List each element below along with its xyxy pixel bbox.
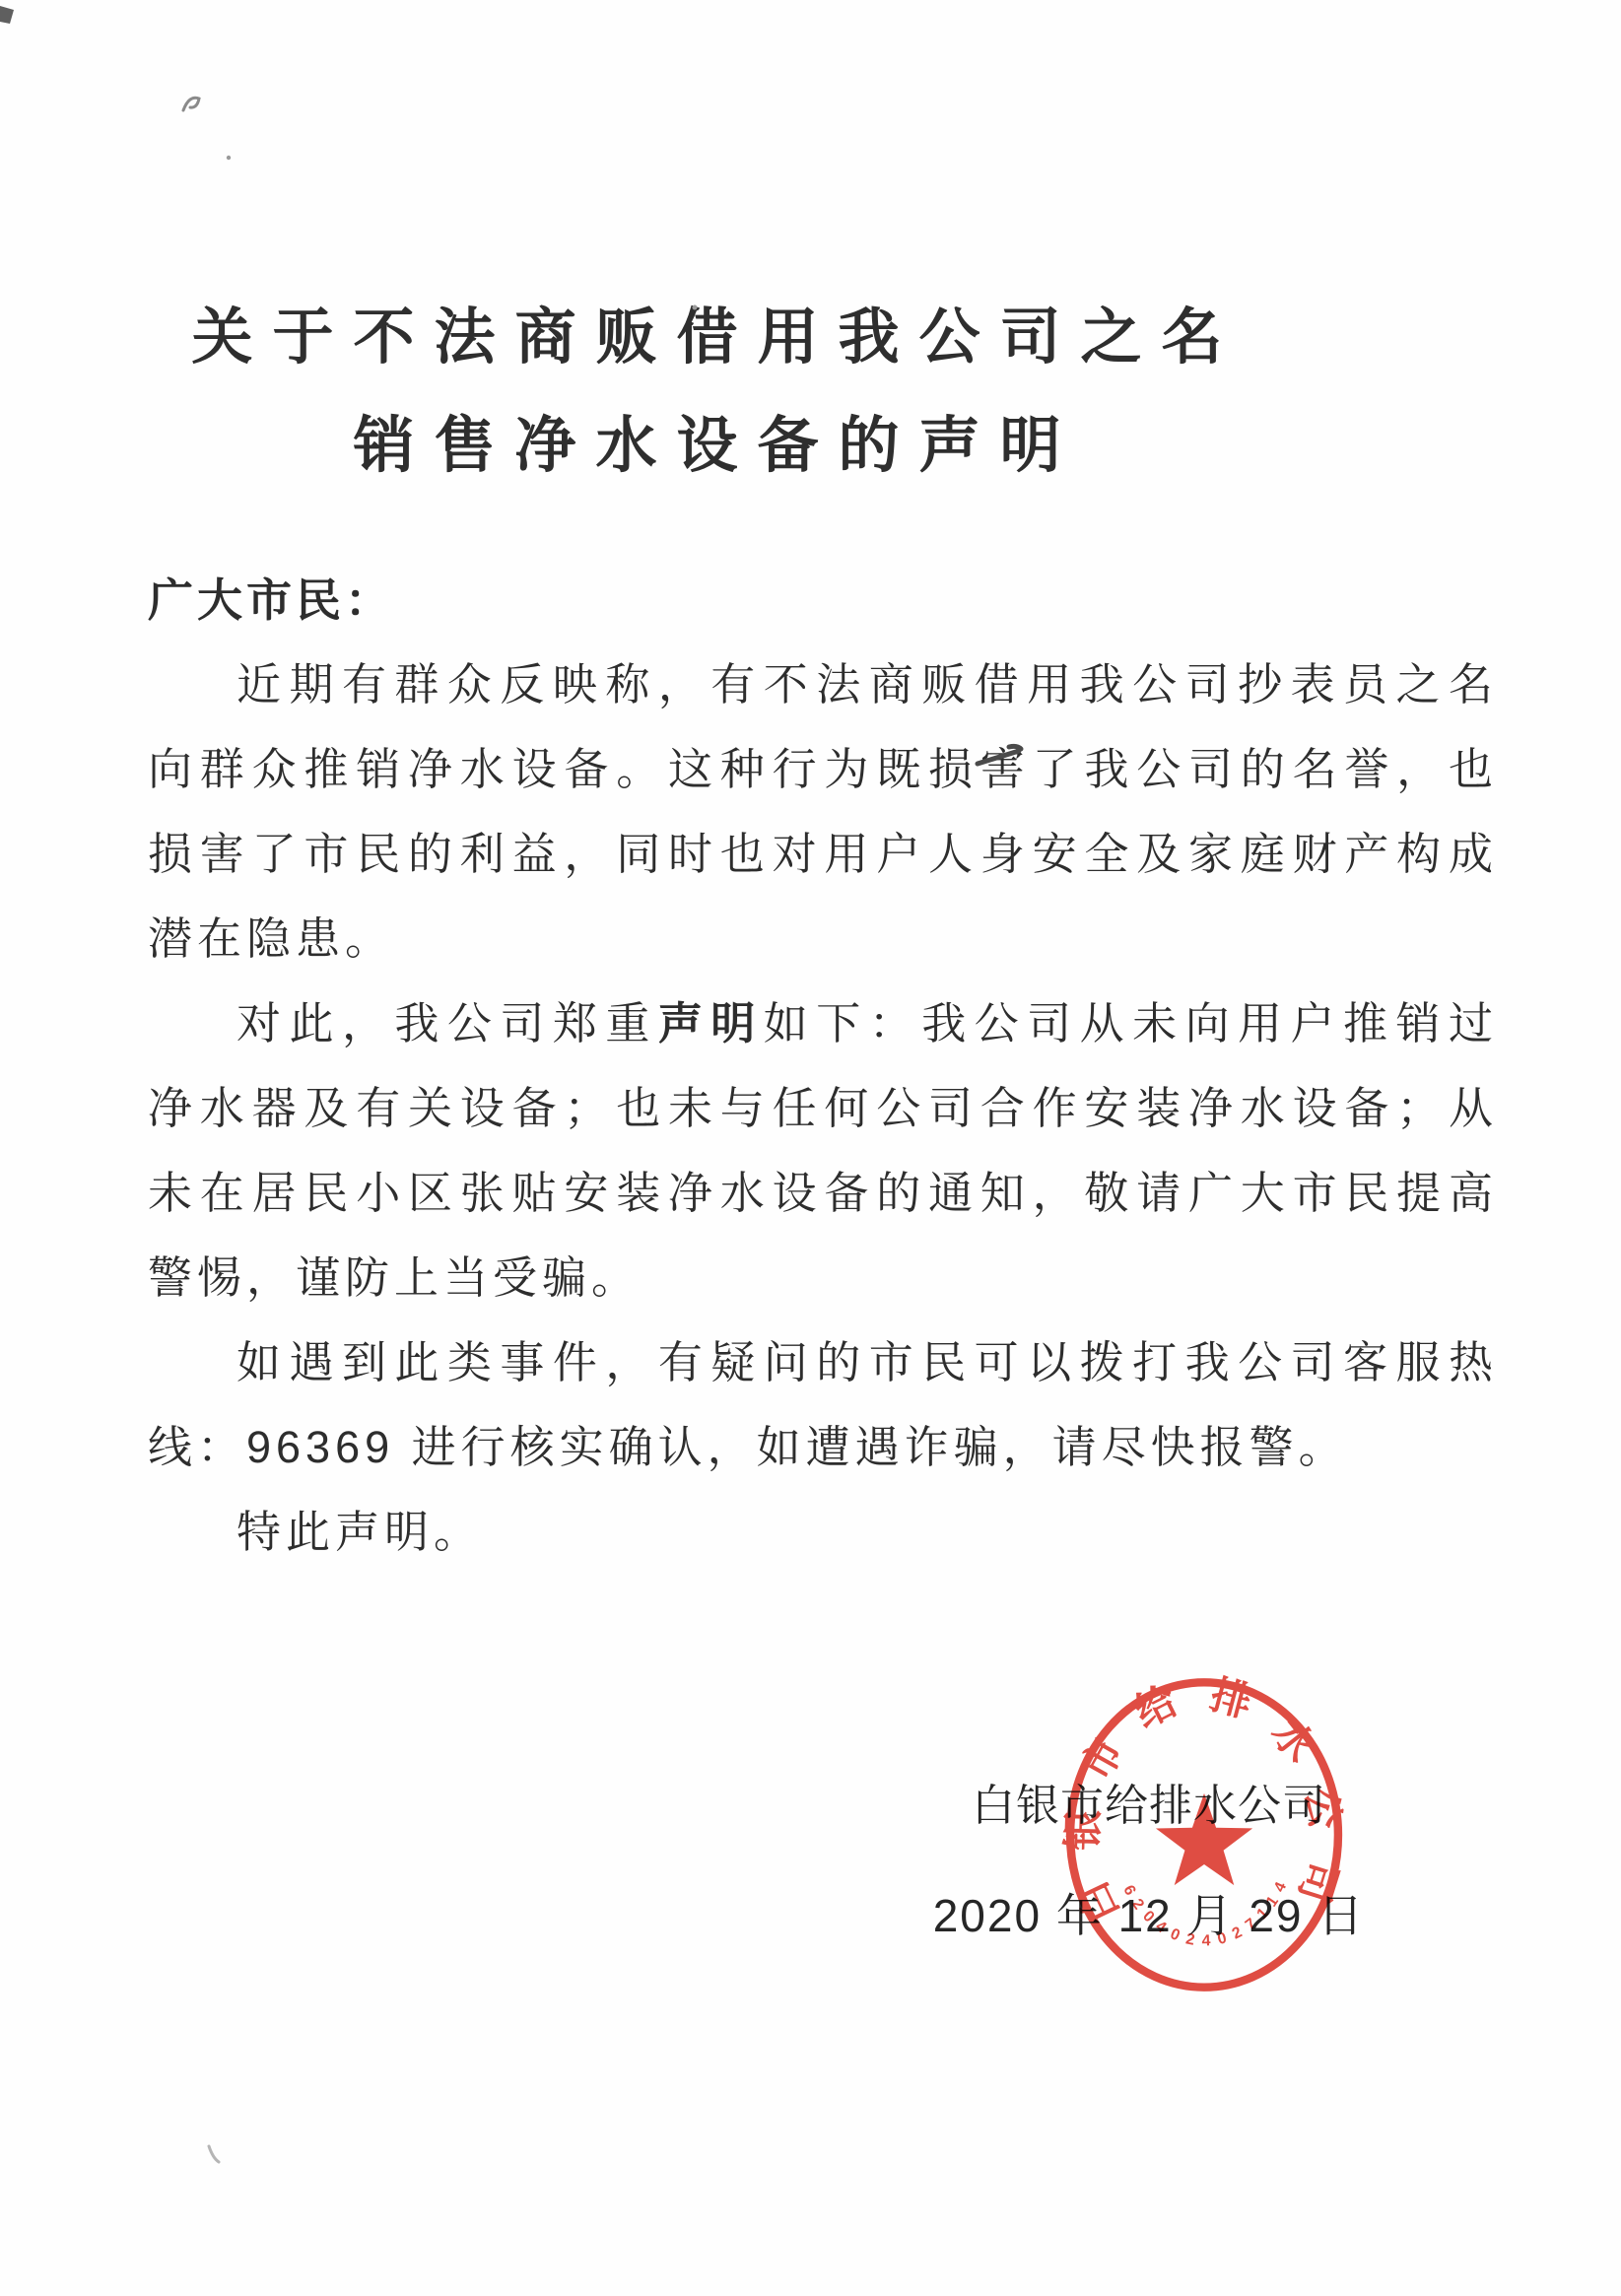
ink-speck [227,156,231,160]
star-icon [1156,1793,1252,1885]
body-line: 如遇到此类事件，有疑问的市民可以拨打我公司客服热 [148,1320,1498,1405]
body-line: 对此，我公司郑重声明如下：我公司从未向用户推销过 [148,981,1498,1066]
seal-serial-number: 6204024027114 [1119,1879,1290,1949]
body-line: 净水器及有关设备；也未与任何公司合作安装净水设备；从 [148,1066,1498,1151]
body-line: 潜在隐患。 [148,897,1498,981]
body-line: 警惕，谨防上当受骗。 [148,1236,1498,1320]
svg-text:6204024027114: 6204024027114 [1119,1879,1290,1949]
body-line: 线：96369 进行核实确认，如遭遇诈骗，请尽快报警。 [148,1405,1498,1490]
scanner-edge-speck [0,6,14,24]
body-line: 损害了市民的利益，同时也对用户人身安全及家庭财产构成 [148,812,1498,897]
body-text-segment: 如下：我公司从未向用户推销过 [764,998,1498,1048]
body-text-segment: 对此，我公司郑重 [236,998,658,1048]
title-line-2: 销售净水设备的声明 [0,392,1434,501]
document-page: 关于不法商贩借用我公司之名 销售净水设备的声明 广大市民： 近期有群众反映称，有… [0,0,1621,2296]
emphasized-word: 声明 [658,998,764,1048]
body-line: 近期有群众反映称，有不法商贩借用我公司抄表员之名 [148,642,1498,727]
pen-mark [209,2146,219,2162]
salutation: 广大市民： [148,558,1498,642]
body-line: 未在居民小区张贴安装净水设备的通知，敬请广大市民提高 [148,1151,1498,1236]
pen-mark [183,98,199,110]
body-line: 向群众推销净水设备。这种行为既损害了我公司的名誉，也 [148,727,1498,812]
closing-line: 特此声明。 [148,1490,1498,1575]
title-line-1: 关于不法商贩借用我公司之名 [0,284,1434,392]
document-title: 关于不法商贩借用我公司之名 销售净水设备的声明 [0,284,1434,501]
document-body: 广大市民： 近期有群众反映称，有不法商贩借用我公司抄表员之名 向群众推销净水设备… [148,558,1498,1575]
official-seal-stamp: 白银市给排水公司 6204024027114 [1056,1667,1352,2002]
